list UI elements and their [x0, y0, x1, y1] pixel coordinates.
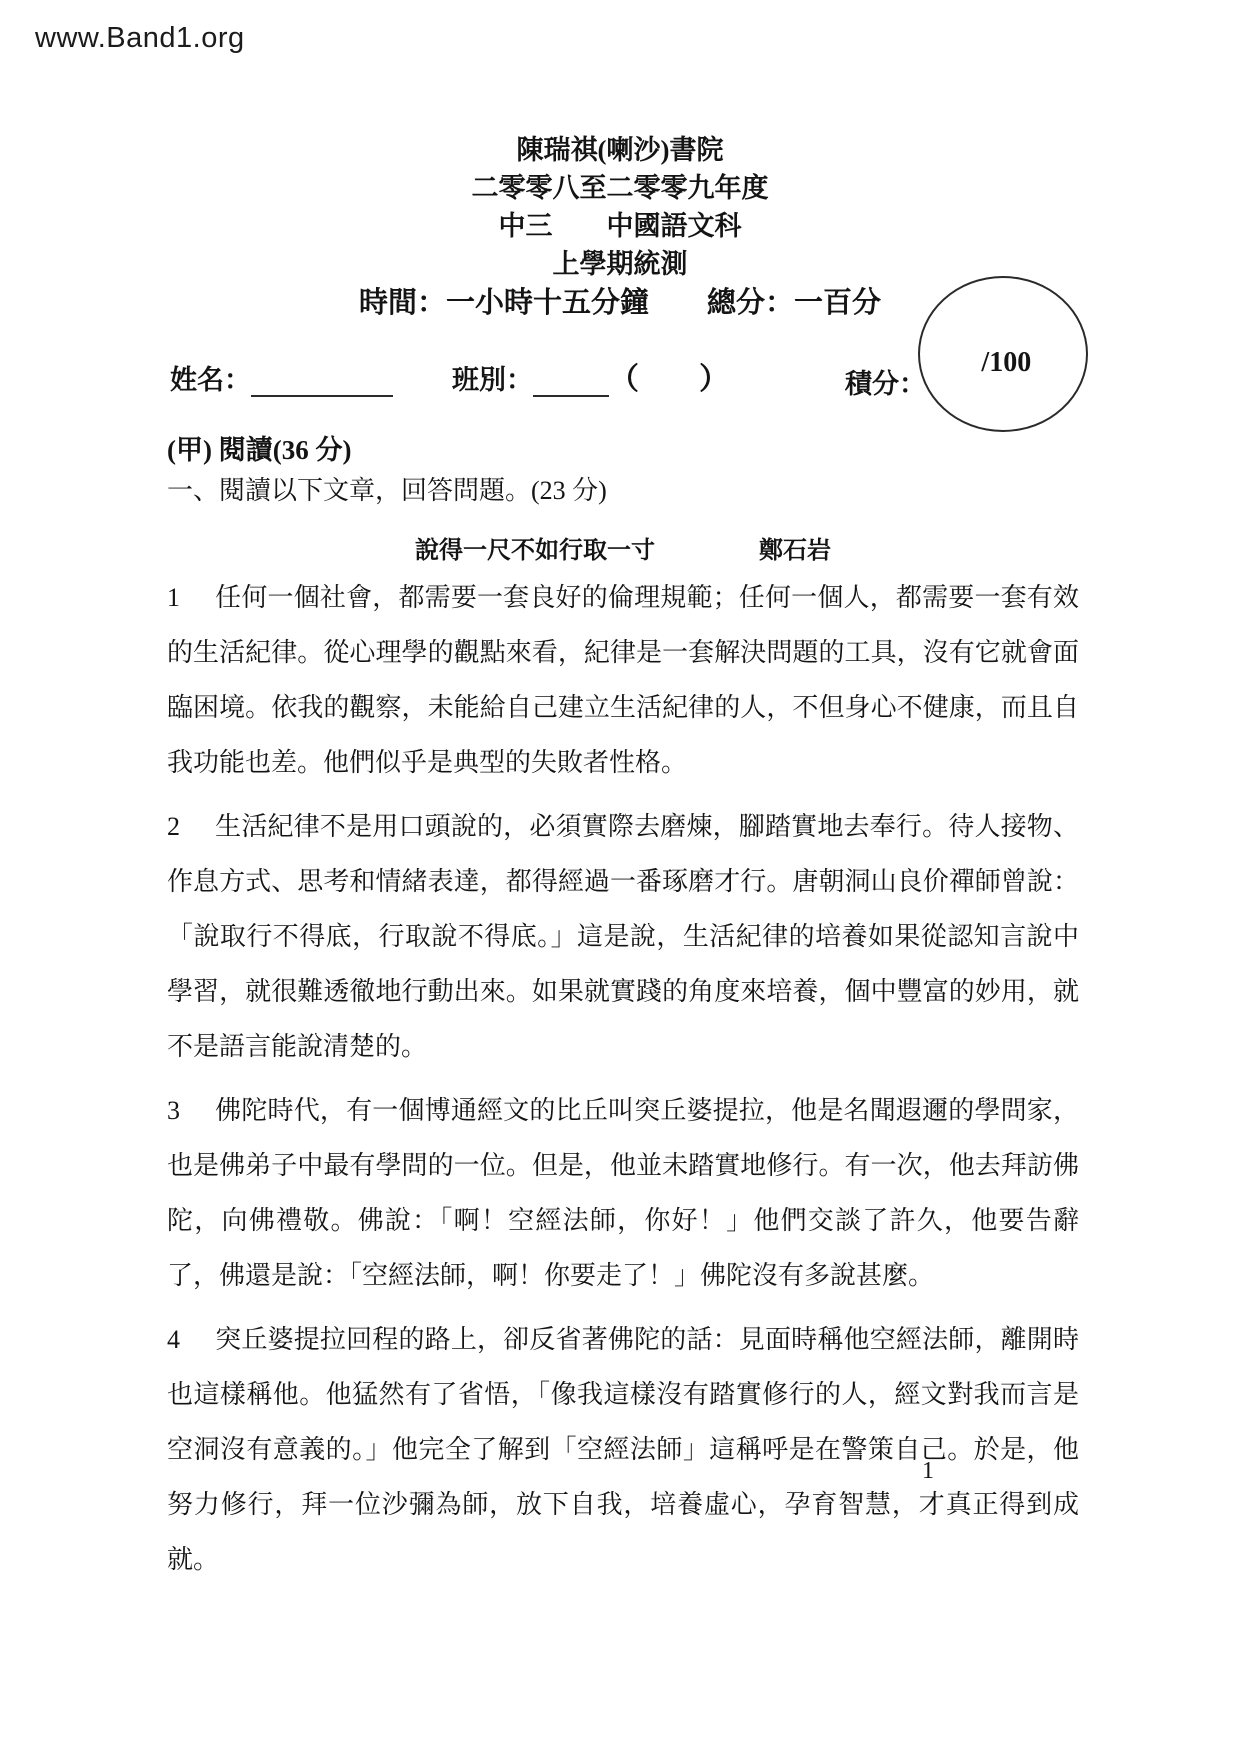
paragraph-text: 突丘婆提拉回程的路上，卻反省著佛陀的話：見面時稱他空經法師，離開時也這樣稱他。他…	[167, 1325, 1079, 1574]
school-name: 陳瑞祺(喇沙)書院	[0, 131, 1240, 169]
paragraph-text: 任何一個社會，都需要一套良好的倫理規範；任何一個人，都需要一套有效的生活紀律。從…	[167, 583, 1079, 777]
paragraph-number: 4	[167, 1312, 215, 1367]
page-number: 1	[922, 1458, 934, 1485]
class-number-paren-close: ）	[699, 363, 729, 397]
essay-author: 鄭石岩	[759, 530, 831, 565]
academic-year: 二零零八至二零零九年度	[0, 169, 1240, 207]
score-circle: /100	[918, 276, 1088, 432]
article-paragraph: 3佛陀時代，有一個博通經文的比丘叫突丘婆提拉，他是名聞遐邇的學問家，也是佛弟子中…	[167, 1083, 1079, 1303]
essay-title: 說得一尺不如行取一寸	[415, 530, 655, 565]
paragraph-number: 2	[167, 799, 215, 854]
watermark-url: www.Band1.org	[35, 22, 245, 55]
name-field-group: 姓名：	[170, 358, 393, 397]
essay-title-row: 說得一尺不如行取一寸 鄭石岩	[167, 530, 1079, 565]
class-blank-line	[533, 365, 609, 397]
class-number-paren-open: （	[609, 363, 639, 397]
article-paragraph: 2生活紀律不是用口頭說的，必須實際去磨煉，腳踏實地去奉行。待人接物、作息方式、思…	[167, 799, 1079, 1074]
exam-paper-page: www.Band1.org 陳瑞祺(喇沙)書院 二零零八至二零零九年度 中三 中…	[0, 0, 1240, 1754]
class-label: 班別：	[452, 358, 533, 397]
name-label: 姓名：	[170, 358, 251, 397]
score-label: 積分：	[845, 362, 926, 401]
name-blank-line	[251, 365, 393, 397]
article-paragraph: 4突丘婆提拉回程的路上，卻反省著佛陀的話：見面時稱他空經法師，離開時也這樣稱他。…	[167, 1312, 1079, 1587]
paragraph-number: 1	[167, 570, 215, 625]
paragraph-text: 生活紀律不是用口頭說的，必須實際去磨煉，腳踏實地去奉行。待人接物、作息方式、思考…	[167, 812, 1079, 1061]
score-max: /100	[981, 347, 1031, 379]
paragraph-text: 佛陀時代，有一個博通經文的比丘叫突丘婆提拉，他是名聞遐邇的學問家，也是佛弟子中最…	[167, 1096, 1079, 1290]
paragraph-number: 3	[167, 1083, 215, 1138]
section-a-heading: (甲) 閱讀(36 分)	[167, 428, 351, 467]
class-field-group: 班別：（）	[452, 358, 729, 397]
exam-name: 上學期統測	[0, 245, 1240, 283]
article-body: 1任何一個社會，都需要一套良好的倫理規範；任何一個人，都需要一套有效的生活紀律。…	[167, 570, 1079, 1596]
form-and-subject: 中三 中國語文科	[0, 207, 1240, 245]
question-one-instruction: 一、閱讀以下文章，回答問題。(23 分)	[167, 470, 607, 507]
article-paragraph: 1任何一個社會，都需要一套良好的倫理規範；任何一個人，都需要一套有效的生活紀律。…	[167, 570, 1079, 790]
